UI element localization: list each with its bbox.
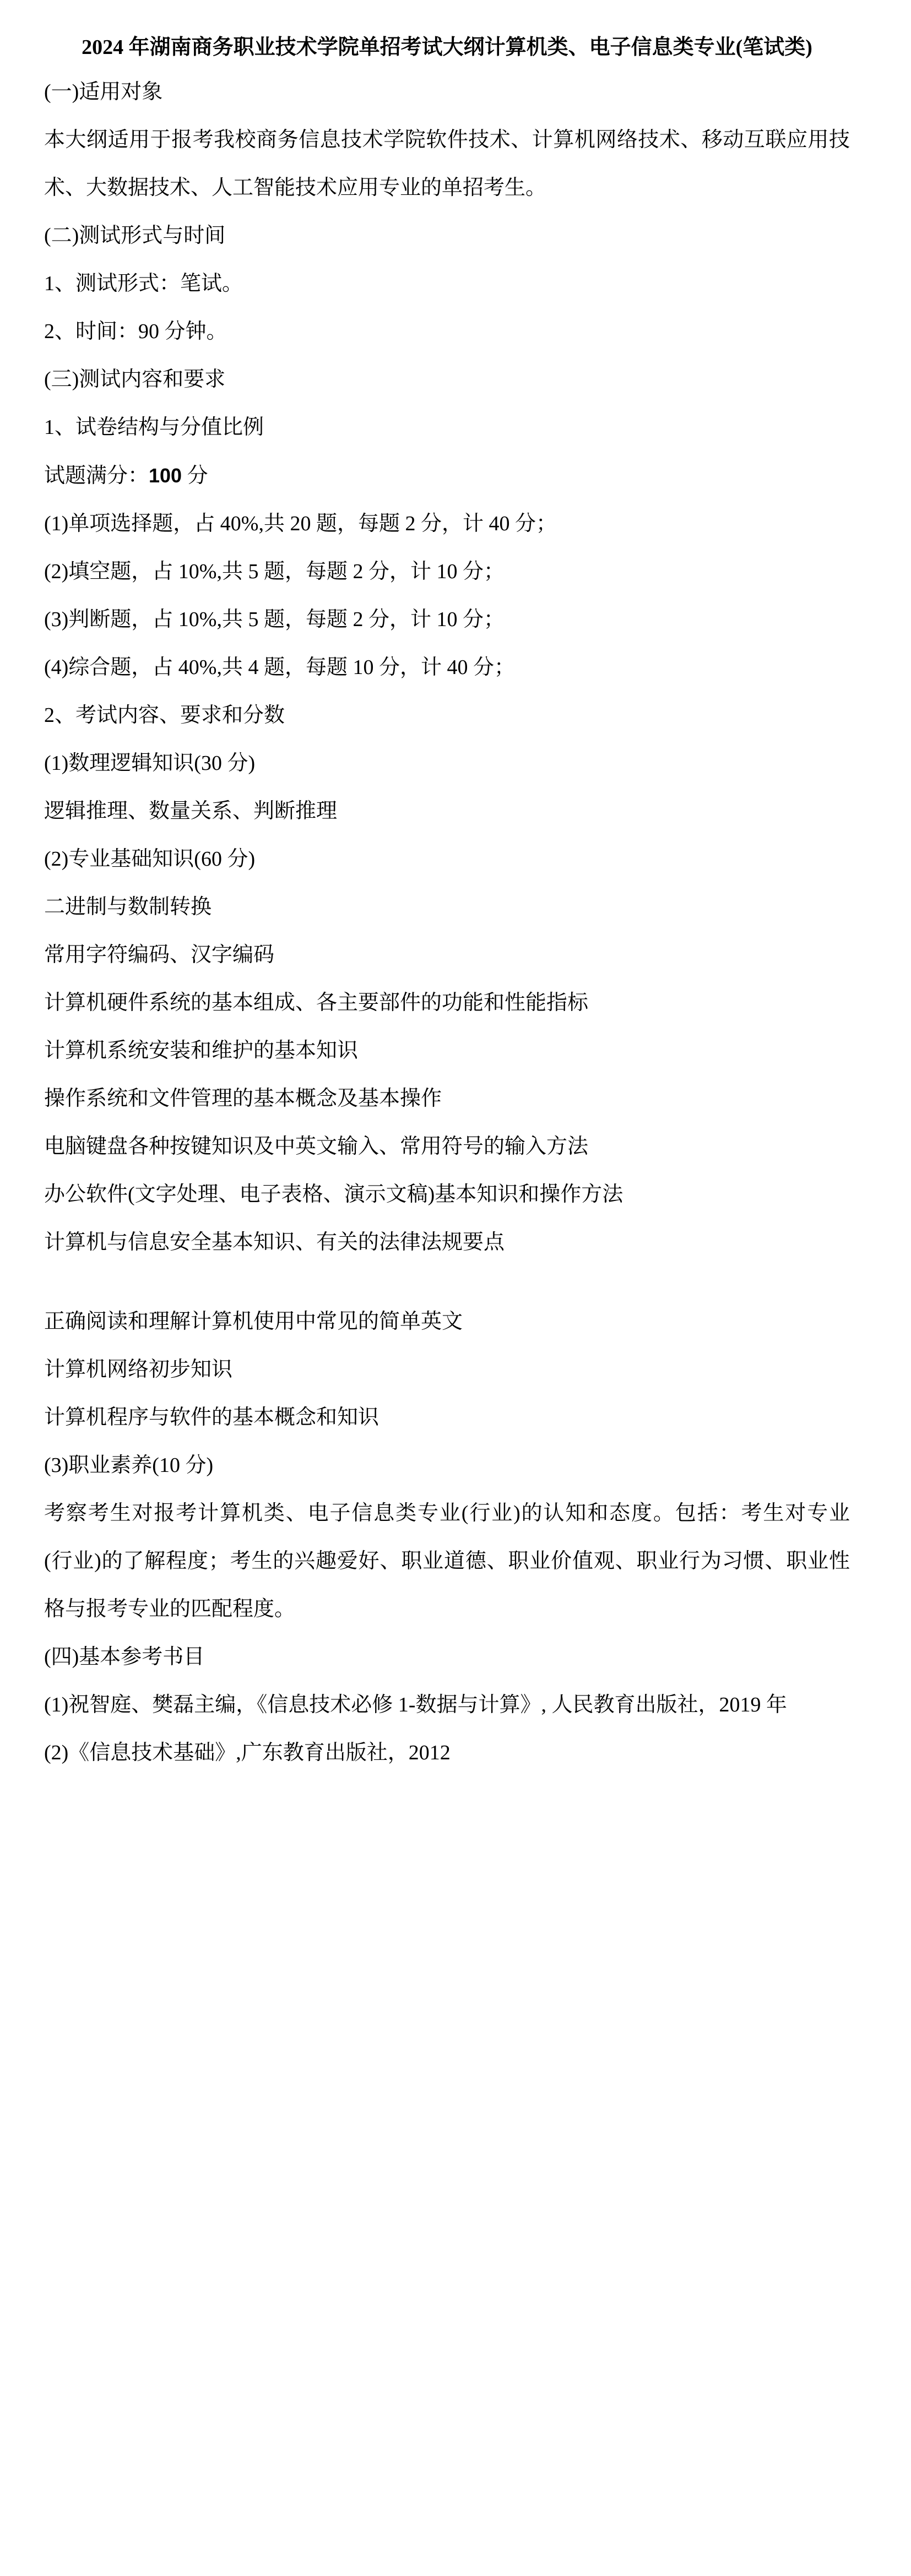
- reference-item: (1)祝智庭、樊磊主编，《信息技术必修 1-数据与计算》, 人民教育出版社，20…: [44, 1681, 850, 1729]
- blank-line: [44, 1267, 850, 1298]
- doc-line: (行业)的了解程度；考生的兴趣爱好、职业道德、职业价值观、职业行为习惯、职业性: [44, 1537, 850, 1585]
- reference-item: (2)《信息技术基础》,广东教育出版社，2012: [44, 1729, 850, 1777]
- score-line: 试题满分：100 分: [44, 452, 850, 500]
- score-label: 试题满分：: [44, 464, 149, 487]
- doc-line: 计算机硬件系统的基本组成、各主要部件的功能和性能指标: [44, 979, 850, 1027]
- doc-line: (1)单项选择题，占 40%,共 20 题，每题 2 分，计 40 分；: [44, 500, 850, 548]
- doc-line: (4)综合题，占 40%,共 4 题，每题 10 分，计 40 分；: [44, 644, 850, 692]
- score-unit: 分: [182, 464, 208, 487]
- doc-line: (3)职业素养(10 分): [44, 1442, 850, 1490]
- section-heading-3: (三)测试内容和要求: [44, 356, 850, 404]
- doc-line: 办公软件(文字处理、电子表格、演示文稿)基本知识和操作方法: [44, 1171, 850, 1219]
- doc-line: (2)填空题，占 10%,共 5 题，每题 2 分，计 10 分；: [44, 548, 850, 596]
- doc-line: (3)判断题，占 10%,共 5 题，每题 2 分，计 10 分；: [44, 596, 850, 644]
- doc-line: 常用字符编码、汉字编码: [44, 931, 850, 979]
- score-value: 100: [149, 464, 182, 487]
- doc-line: 操作系统和文件管理的基本概念及基本操作: [44, 1075, 850, 1123]
- doc-line: 1、测试形式：笔试。: [44, 260, 850, 308]
- doc-line: 2、时间：90 分钟。: [44, 308, 850, 356]
- doc-line: 二进制与数制转换: [44, 883, 850, 931]
- doc-line: (2)专业基础知识(60 分): [44, 835, 850, 883]
- doc-line: 1、试卷结构与分值比例: [44, 404, 850, 452]
- doc-line: 2、考试内容、要求和分数: [44, 692, 850, 740]
- document-page: 2024 年湖南商务职业技术学院单招考试大纲计算机类、电子信息类专业(笔试类) …: [0, 0, 911, 2576]
- document-title: 2024 年湖南商务职业技术学院单招考试大纲计算机类、电子信息类专业(笔试类): [44, 26, 850, 68]
- doc-line: 计算机系统安装和维护的基本知识: [44, 1027, 850, 1075]
- doc-line: 计算机网络初步知识: [44, 1346, 850, 1394]
- doc-line: 逻辑推理、数量关系、判断推理: [44, 787, 850, 835]
- doc-line: 格与报考专业的匹配程度。: [44, 1585, 850, 1633]
- doc-line: 本大纲适用于报考我校商务信息技术学院软件技术、计算机网络技术、移动互联应用技: [44, 116, 850, 164]
- doc-line: 正确阅读和理解计算机使用中常见的简单英文: [44, 1298, 850, 1346]
- section-heading-1: (一)适用对象: [44, 68, 850, 116]
- doc-line: 计算机与信息安全基本知识、有关的法律法规要点: [44, 1219, 850, 1267]
- doc-line: 考察考生对报考计算机类、电子信息类专业(行业)的认知和态度。包括：考生对专业: [44, 1490, 850, 1537]
- doc-line: 计算机程序与软件的基本概念和知识: [44, 1394, 850, 1442]
- doc-line: (1)数理逻辑知识(30 分): [44, 740, 850, 787]
- doc-line: 电脑键盘各种按键知识及中英文输入、常用符号的输入方法: [44, 1123, 850, 1171]
- doc-line: 术、大数据技术、人工智能技术应用专业的单招考生。: [44, 164, 850, 212]
- section-heading-4: (四)基本参考书目: [44, 1633, 850, 1681]
- section-heading-2: (二)测试形式与时间: [44, 212, 850, 260]
